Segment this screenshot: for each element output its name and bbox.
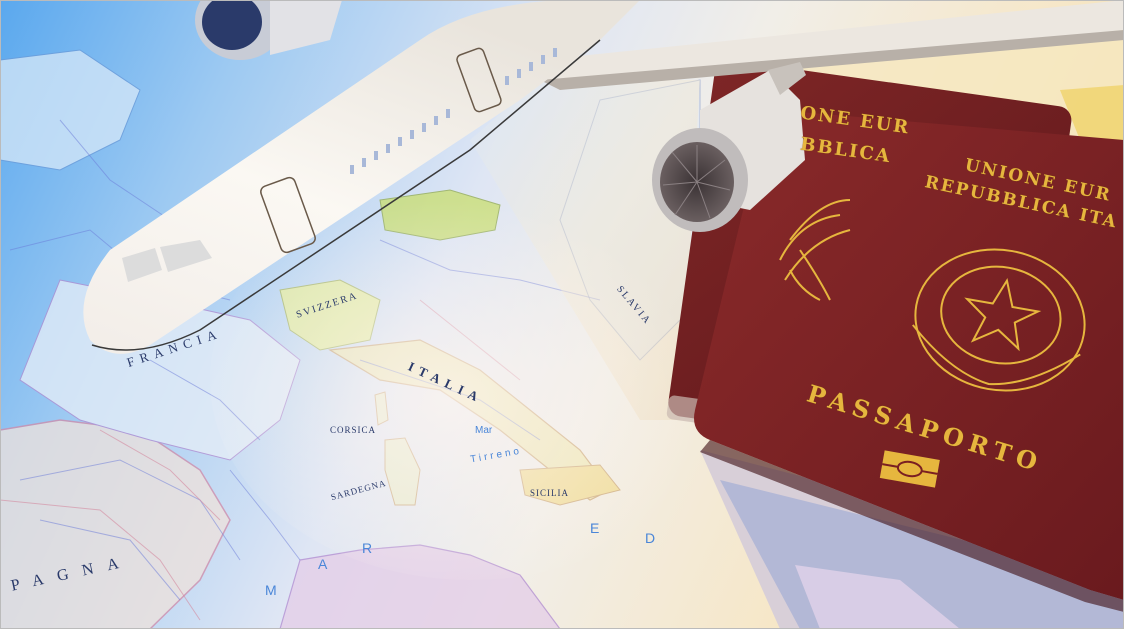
map-label-mar: Mar bbox=[475, 425, 492, 436]
map-label-sicilia: SICILIA bbox=[530, 488, 569, 498]
map-label-corsica: CORSICA bbox=[330, 425, 376, 435]
sea-letter-d: D bbox=[645, 530, 655, 546]
sea-letter-e: E bbox=[590, 520, 599, 536]
sea-letter-m: M bbox=[265, 582, 277, 598]
engine-left bbox=[195, 0, 345, 60]
travel-photo: FRANCIA ITALIA PAGNA SVIZZERA SLAVIA COR… bbox=[0, 0, 1124, 629]
scene-illustration bbox=[0, 0, 1124, 629]
sea-letter-a: A bbox=[318, 556, 327, 572]
sea-letter-r: R bbox=[362, 540, 372, 556]
